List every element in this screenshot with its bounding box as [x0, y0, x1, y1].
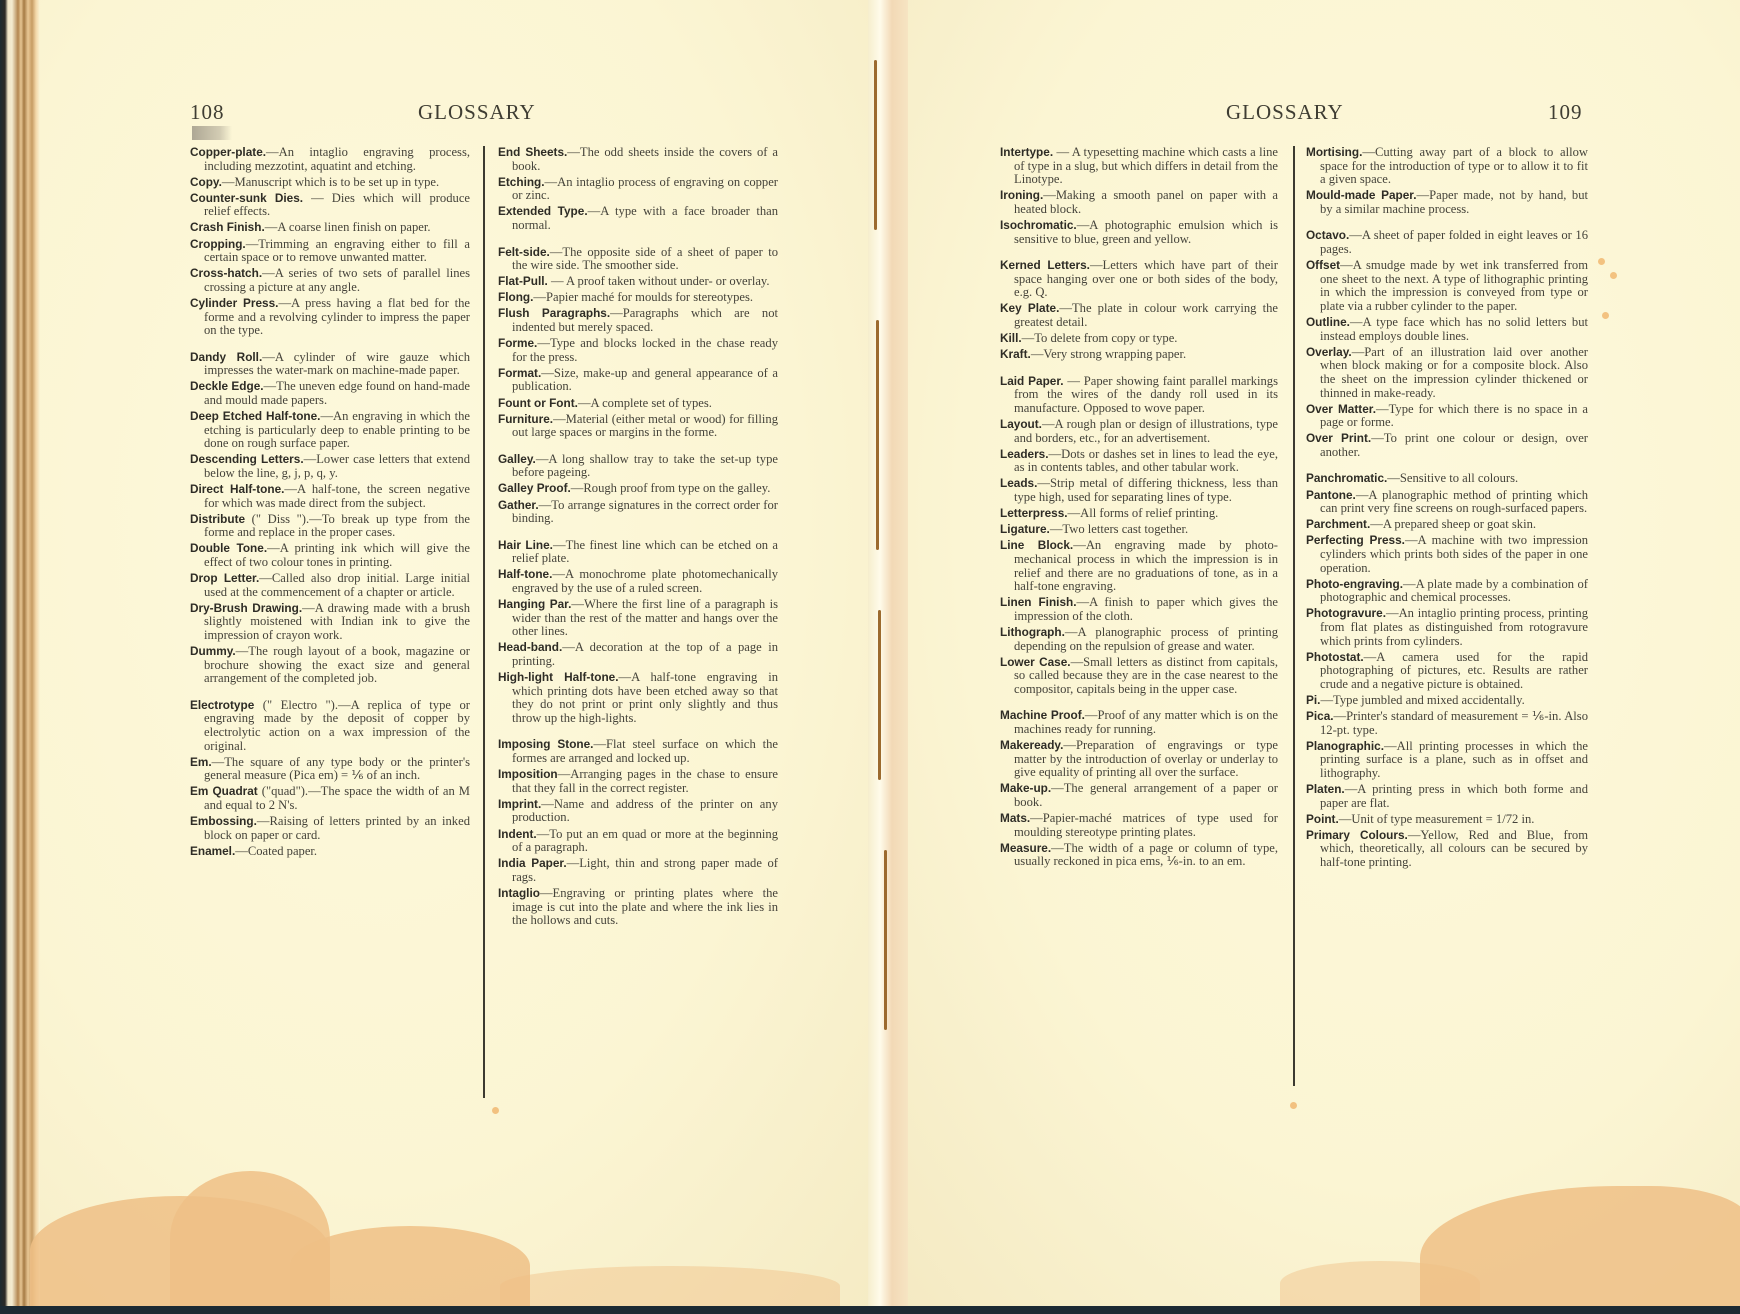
glossary-term: Crash Finish. [190, 220, 265, 234]
glossary-entry: Mats.—Papier-maché matrices of type used… [1000, 812, 1278, 839]
glossary-entry: Em.—The square of any type body or the p… [190, 756, 470, 783]
glossary-term: Dry-Brush Drawing. [190, 601, 302, 615]
glossary-term: Flong. [498, 290, 533, 304]
glossary-term: Imposition [498, 767, 558, 781]
running-head-left: GLOSSARY [418, 100, 536, 125]
glossary-entry: Perfecting Press.—A machine with two imp… [1306, 534, 1588, 575]
glossary-entry: Direct Half-tone.—A half-tone, the scree… [190, 483, 470, 510]
glossary-term: Electrotype [190, 698, 254, 712]
glossary-term: Parchment. [1306, 517, 1370, 531]
glossary-column-1: Copper-plate.—An intaglio engraving proc… [190, 146, 470, 861]
glossary-definition: —A type face which has no solid letters … [1320, 315, 1588, 343]
glossary-column-2: End Sheets.—The odd sheets inside the co… [498, 146, 778, 930]
glossary-term: Machine Proof. [1000, 708, 1085, 722]
glossary-entry: Imprint.—Name and address of the printer… [498, 798, 778, 825]
glossary-column-4: Mortising.—Cutting away part of a block … [1306, 146, 1588, 872]
glossary-entry: Flat-Pull. — A proof taken without under… [498, 275, 778, 289]
glossary-term: Kraft. [1000, 347, 1031, 361]
glossary-entry: Forme.—Type and blocks locked in the cha… [498, 337, 778, 364]
glossary-entry: Photo-engraving.—A plate made by a combi… [1306, 578, 1588, 605]
glossary-entry: Counter-sunk Dies. — Dies which will pro… [190, 192, 470, 219]
glossary-term: Ligature. [1000, 522, 1050, 536]
binding-thread [884, 850, 887, 1030]
glossary-term: Forme. [498, 336, 537, 350]
glossary-entry: Deep Etched Half-tone.—An engraving in w… [190, 410, 470, 451]
glossary-entry: Parchment.—A prepared sheep or goat skin… [1306, 518, 1588, 532]
foxing-spot [1602, 312, 1609, 319]
glossary-definition: —A long shallow tray to take the set-up … [512, 452, 778, 480]
glossary-definition: —Name and address of the printer on any … [512, 797, 778, 825]
glossary-term: Imprint. [498, 797, 541, 811]
page-edges [0, 0, 40, 1306]
glossary-entry: Descending Letters.—Lower case letters t… [190, 453, 470, 480]
glossary-term: Pica. [1306, 709, 1334, 723]
water-stain [290, 1226, 530, 1306]
glossary-definition: —A sheet of paper folded in eight leaves… [1320, 228, 1588, 256]
glossary-definition: —A planographic method of printing which… [1320, 488, 1588, 516]
glossary-entry: Planographic.—All printing processes in … [1306, 740, 1588, 781]
glossary-term: Pantone. [1306, 488, 1356, 502]
glossary-term: Galley. [498, 452, 536, 466]
glossary-entry: Over Matter.—Type for which there is no … [1306, 403, 1588, 430]
glossary-entry: Isochromatic.—A photographic emulsion wh… [1000, 219, 1278, 246]
glossary-entry: Deckle Edge.—The uneven edge found on ha… [190, 380, 470, 407]
glossary-term: Cropping. [190, 237, 246, 251]
glossary-definition: —The width of a page or column of type, … [1014, 841, 1278, 869]
glossary-definition: —Papier maché for moulds for stereotypes… [533, 290, 753, 304]
glossary-term: Letterpress. [1000, 506, 1068, 520]
glossary-entry: Imposing Stone.—Flat steel surface on wh… [498, 738, 778, 765]
glossary-definition: —A prepared sheep or goat skin. [1370, 517, 1536, 531]
glossary-term: Dummy. [190, 644, 236, 658]
glossary-definition: —To arrange signatures in the correct or… [512, 498, 778, 526]
glossary-term: Etching. [498, 175, 545, 189]
glossary-definition: —To put an em quad or more at the beginn… [512, 827, 778, 855]
glossary-term: Linen Finish. [1000, 595, 1076, 609]
glossary-entry: Makeready.—Preparation of engravings or … [1000, 739, 1278, 780]
glossary-term: Dandy Roll. [190, 350, 262, 364]
glossary-term: Ironing. [1000, 188, 1043, 202]
glossary-definition: —A coarse linen finish on paper. [265, 220, 431, 234]
glossary-entry: Indent.—To put an em quad or more at the… [498, 828, 778, 855]
glossary-term: Offset [1306, 258, 1340, 272]
glossary-definition: —Making a smooth panel on paper with a h… [1014, 188, 1278, 216]
glossary-definition: —The rough layout of a book, magazine or… [204, 644, 470, 685]
glossary-entry: Pica.—Printer's standard of measurement … [1306, 710, 1588, 737]
glossary-term: Imposing Stone. [498, 737, 593, 751]
glossary-definition: —Sensitive to all colours. [1387, 471, 1518, 485]
glossary-definition: —A smudge made by wet ink transferred fr… [1320, 258, 1588, 313]
glossary-entry: Outline.—A type face which has no solid … [1306, 316, 1588, 343]
glossary-term: Lower Case. [1000, 655, 1071, 669]
glossary-definition: —Dots or dashes set in lines to lead the… [1014, 447, 1278, 475]
glossary-entry: Dandy Roll.—A cylinder of wire gauze whi… [190, 351, 470, 378]
glossary-term: Flush Paragraphs. [498, 306, 610, 320]
glossary-term: Half-tone. [498, 567, 552, 581]
glossary-term: Planographic. [1306, 739, 1384, 753]
glossary-definition: —The square of any type body or the prin… [204, 755, 470, 783]
glossary-entry: Double Tone.—A printing ink which will g… [190, 542, 470, 569]
glossary-entry: Extended Type.—A type with a face broade… [498, 205, 778, 232]
glossary-term: Furniture. [498, 412, 553, 426]
glossary-entry: Octavo.—A sheet of paper folded in eight… [1306, 229, 1588, 256]
glossary-term: Copper-plate. [190, 145, 266, 159]
glossary-definition: —Part of an illustration laid over anoth… [1320, 345, 1588, 400]
glossary-term: Deep Etched Half-tone. [190, 409, 320, 423]
glossary-term: Flat-Pull. [498, 274, 548, 288]
glossary-term: Kill. [1000, 331, 1022, 345]
glossary-definition: —A complete set of types. [578, 396, 712, 410]
glossary-entry: High-light Half-tone.—A half-tone engrav… [498, 671, 778, 725]
glossary-term: High-light Half-tone. [498, 670, 619, 684]
glossary-definition: —Two letters cast together. [1050, 522, 1188, 536]
glossary-term: Photostat. [1306, 650, 1364, 664]
book-spread: 108 GLOSSARY GLOSSARY 109 Copper-plate.—… [0, 0, 1740, 1306]
glossary-term: Over Matter. [1306, 402, 1376, 416]
glossary-entry: Em Quadrat ("quad").—The space the width… [190, 785, 470, 812]
glossary-term: Outline. [1306, 315, 1350, 329]
glossary-entry: Make-up.—The general arrangement of a pa… [1000, 782, 1278, 809]
glossary-entry: Panchromatic.—Sensitive to all colours. [1306, 472, 1588, 486]
glossary-definition: —Manuscript which is to be set up in typ… [222, 175, 439, 189]
glossary-definition: —Unit of type measurement = 1/72 in. [1339, 812, 1535, 826]
glossary-definition: —Strip metal of differing thickness, les… [1014, 476, 1278, 504]
glossary-term: Gather. [498, 498, 539, 512]
glossary-entry: Format.—Size, make-up and general appear… [498, 367, 778, 394]
water-stain [500, 1266, 840, 1306]
glossary-entry: Mould-made Paper.—Paper made, not by han… [1306, 189, 1588, 216]
glossary-definition: —A rough plan or design of illustrations… [1014, 417, 1278, 445]
binding-thread [878, 610, 881, 780]
glossary-entry: Intaglio—Engraving or printing plates wh… [498, 887, 778, 928]
glossary-term: Descending Letters. [190, 452, 304, 466]
glossary-definition: —A monochrome plate photomechanically en… [512, 567, 778, 595]
glossary-entry: Leaders.—Dots or dashes set in lines to … [1000, 448, 1278, 475]
glossary-term: Leaders. [1000, 447, 1049, 461]
glossary-term: Leads. [1000, 476, 1037, 490]
glossary-term: Panchromatic. [1306, 471, 1387, 485]
glossary-entry: Galley Proof.—Rough proof from type on t… [498, 482, 778, 496]
glossary-term: Indent. [498, 827, 537, 841]
glossary-entry: Letterpress.—All forms of relief printin… [1000, 507, 1278, 521]
glossary-entry: Copper-plate.—An intaglio engraving proc… [190, 146, 470, 173]
glossary-entry: Felt-side.—The opposite side of a sheet … [498, 246, 778, 273]
glossary-entry: Enamel.—Coated paper. [190, 845, 470, 859]
glossary-entry: Dummy.—The rough layout of a book, magaz… [190, 645, 470, 686]
glossary-entry: Ironing.—Making a smooth panel on paper … [1000, 189, 1278, 216]
glossary-term: Cylinder Press. [190, 296, 278, 310]
glossary-entry: Mortising.—Cutting away part of a block … [1306, 146, 1588, 187]
glossary-term: Embossing. [190, 814, 257, 828]
glossary-definition: —Coated paper. [235, 844, 317, 858]
glossary-entry: Photogravure.—An intaglio printing proce… [1306, 607, 1588, 648]
glossary-entry: Primary Colours.—Yellow, Red and Blue, f… [1306, 829, 1588, 870]
glossary-term: Galley Proof. [498, 481, 571, 495]
glossary-definition: — A proof taken without under- or overla… [548, 274, 770, 288]
glossary-entry: Electrotype (" Electro ").—A replica of … [190, 699, 470, 753]
glossary-entry: Pantone.—A planographic method of printi… [1306, 489, 1588, 516]
glossary-entry: Etching.—An intaglio process of engravin… [498, 176, 778, 203]
glossary-term: Overlay. [1306, 345, 1352, 359]
glossary-term: Pi. [1306, 693, 1320, 707]
glossary-definition: —Type and blocks locked in the chase rea… [512, 336, 778, 364]
foxing-spot [492, 1107, 499, 1114]
glossary-term: Point. [1306, 812, 1339, 826]
glossary-term: Cross-hatch. [190, 266, 262, 280]
glossary-term: End Sheets. [498, 145, 567, 159]
glossary-entry: Galley.—A long shallow tray to take the … [498, 453, 778, 480]
ornament-smudge [192, 126, 232, 140]
glossary-term: Copy. [190, 175, 222, 189]
glossary-term: Laid Paper. [1000, 374, 1064, 388]
glossary-definition: —Engraving or printing plates where the … [512, 886, 778, 927]
glossary-definition: —A printing press in which both forme an… [1320, 782, 1588, 810]
glossary-entry: Lithograph.—A planographic process of pr… [1000, 626, 1278, 653]
glossary-entry: Gather.—To arrange signatures in the cor… [498, 499, 778, 526]
glossary-entry: Cylinder Press.—A press having a flat be… [190, 297, 470, 338]
glossary-entry: Overlay.—Part of an illustration laid ov… [1306, 346, 1588, 400]
glossary-entry: Drop Letter.—Called also drop initial. L… [190, 572, 470, 599]
glossary-term: Octavo. [1306, 228, 1349, 242]
glossary-definition: —The general arrangement of a paper or b… [1014, 781, 1278, 809]
glossary-term: Counter-sunk Dies. [190, 191, 303, 205]
glossary-entry: Platen.—A printing press in which both f… [1306, 783, 1588, 810]
glossary-term: Enamel. [190, 844, 235, 858]
glossary-entry: Crash Finish.—A coarse linen finish on p… [190, 221, 470, 235]
glossary-term: Hanging Par. [498, 597, 571, 611]
glossary-term: Platen. [1306, 782, 1345, 796]
glossary-entry: Head-band.—A decoration at the top of a … [498, 641, 778, 668]
glossary-term: Deckle Edge. [190, 379, 264, 393]
glossary-definition: —Type jumbled and mixed accidentally. [1320, 693, 1524, 707]
column-divider [483, 146, 485, 1098]
glossary-definition: —Size, make-up and general appearance of… [512, 366, 778, 394]
foxing-spot [1598, 258, 1605, 265]
glossary-definition: —Rough proof from type on the galley. [571, 481, 771, 495]
glossary-entry: Leads.—Strip metal of differing thicknes… [1000, 477, 1278, 504]
glossary-entry: Lower Case.—Small letters as distinct fr… [1000, 656, 1278, 697]
glossary-entry: Fount or Font.—A complete set of types. [498, 397, 778, 411]
column-divider [1293, 146, 1295, 1086]
glossary-entry: Intertype. — A typesetting machine which… [1000, 146, 1278, 187]
glossary-term: Photogravure. [1306, 606, 1386, 620]
glossary-term: Primary Colours. [1306, 828, 1408, 842]
glossary-entry: Offset—A smudge made by wet ink transfer… [1306, 259, 1588, 313]
glossary-term: Intaglio [498, 886, 540, 900]
glossary-term: Intertype. [1000, 145, 1053, 159]
glossary-entry: Hanging Par.—Where the first line of a p… [498, 598, 778, 639]
glossary-term: Kerned Letters. [1000, 258, 1090, 272]
glossary-term: Extended Type. [498, 204, 588, 218]
glossary-term: Em. [190, 755, 212, 769]
foxing-spot [1610, 272, 1617, 279]
glossary-definition: —Papier-maché matrices of type used for … [1014, 811, 1278, 839]
glossary-entry: Key Plate.—The plate in colour work carr… [1000, 302, 1278, 329]
glossary-definition: —An intaglio process of engraving on cop… [512, 175, 778, 203]
glossary-entry: Kraft.—Very strong wrapping paper. [1000, 348, 1278, 362]
glossary-entry: Photostat.—A camera used for the rapid p… [1306, 651, 1588, 692]
glossary-entry: Furniture.—Material (either metal or woo… [498, 413, 778, 440]
glossary-term: Key Plate. [1000, 301, 1059, 315]
glossary-entry: Distribute (" Diss ").—To break up type … [190, 513, 470, 540]
glossary-entry: Kill.—To delete from copy or type. [1000, 332, 1278, 346]
glossary-term: Distribute [190, 512, 245, 526]
glossary-definition: —Printer's standard of measurement = ⅙-i… [1320, 709, 1588, 737]
glossary-entry: Machine Proof.—Proof of any matter which… [1000, 709, 1278, 736]
glossary-term: India Paper. [498, 856, 567, 870]
glossary-entry: Hair Line.—The finest line which can be … [498, 539, 778, 566]
glossary-term: Hair Line. [498, 538, 553, 552]
glossary-term: Felt-side. [498, 245, 550, 259]
glossary-definition: —All forms of relief printing. [1068, 506, 1219, 520]
glossary-entry: India Paper.—Light, thin and strong pape… [498, 857, 778, 884]
glossary-entry: Flush Paragraphs.—Paragraphs which are n… [498, 307, 778, 334]
glossary-term: Head-band. [498, 640, 562, 654]
binding-thread [876, 320, 879, 550]
glossary-entry: End Sheets.—The odd sheets inside the co… [498, 146, 778, 173]
glossary-term: Mortising. [1306, 145, 1362, 159]
glossary-entry: Flong.—Papier maché for moulds for stere… [498, 291, 778, 305]
glossary-term: Line Block. [1000, 538, 1073, 552]
water-stain [1280, 1261, 1480, 1306]
glossary-entry: Imposition—Arranging pages in the chase … [498, 768, 778, 795]
glossary-entry: Pi.—Type jumbled and mixed accidentally. [1306, 694, 1588, 708]
glossary-entry: Layout.—A rough plan or design of illust… [1000, 418, 1278, 445]
glossary-entry: Kerned Letters.—Letters which have part … [1000, 259, 1278, 300]
glossary-entry: Line Block.—An engraving made by photo-m… [1000, 539, 1278, 593]
glossary-term: Over Print. [1306, 431, 1371, 445]
glossary-term: Fount or Font. [498, 396, 578, 410]
glossary-entry: Dry-Brush Drawing.—A drawing made with a… [190, 602, 470, 643]
glossary-term: Isochromatic. [1000, 218, 1077, 232]
glossary-entry: Copy.—Manuscript which is to be set up i… [190, 176, 470, 190]
glossary-term: Double Tone. [190, 541, 267, 555]
glossary-entry: Measure.—The width of a page or column o… [1000, 842, 1278, 869]
glossary-term: Make-up. [1000, 781, 1051, 795]
glossary-term: Measure. [1000, 841, 1051, 855]
glossary-term: Format. [498, 366, 541, 380]
glossary-term: Drop Letter. [190, 571, 259, 585]
glossary-definition: —Very strong wrapping paper. [1031, 347, 1186, 361]
glossary-definition: — A typesetting machine which casts a li… [1014, 145, 1278, 186]
glossary-entry: Cropping.—Trimming an engraving either t… [190, 238, 470, 265]
glossary-definition: —The opposite side of a sheet of paper t… [512, 245, 778, 273]
glossary-term: Direct Half-tone. [190, 482, 284, 496]
page-number-left: 108 [190, 100, 225, 125]
glossary-entry: Ligature.—Two letters cast together. [1000, 523, 1278, 537]
glossary-entry: Over Print.—To print one colour or desig… [1306, 432, 1588, 459]
glossary-entry: Cross-hatch.—A series of two sets of par… [190, 267, 470, 294]
glossary-term: Mould-made Paper. [1306, 188, 1417, 202]
page-number-right: 109 [1548, 100, 1583, 125]
glossary-entry: Laid Paper. — Paper showing faint parall… [1000, 375, 1278, 416]
running-head-right: GLOSSARY [1226, 100, 1344, 125]
binding-thread [874, 60, 877, 230]
glossary-entry: Point.—Unit of type measurement = 1/72 i… [1306, 813, 1588, 827]
glossary-entry: Half-tone.—A monochrome plate photomecha… [498, 568, 778, 595]
glossary-term: Perfecting Press. [1306, 533, 1405, 547]
glossary-definition: —To delete from copy or type. [1022, 331, 1178, 345]
glossary-term: Makeready. [1000, 738, 1063, 752]
glossary-term: Mats. [1000, 811, 1030, 825]
glossary-term: Layout. [1000, 417, 1042, 431]
glossary-entry: Linen Finish.—A finish to paper which gi… [1000, 596, 1278, 623]
foxing-spot [1290, 1102, 1297, 1109]
glossary-term: Photo-engraving. [1306, 577, 1403, 591]
glossary-term: Lithograph. [1000, 625, 1065, 639]
glossary-column-3: Intertype. — A typesetting machine which… [1000, 146, 1278, 871]
glossary-entry: Embossing.—Raising of letters printed by… [190, 815, 470, 842]
glossary-term: Em Quadrat [190, 784, 258, 798]
